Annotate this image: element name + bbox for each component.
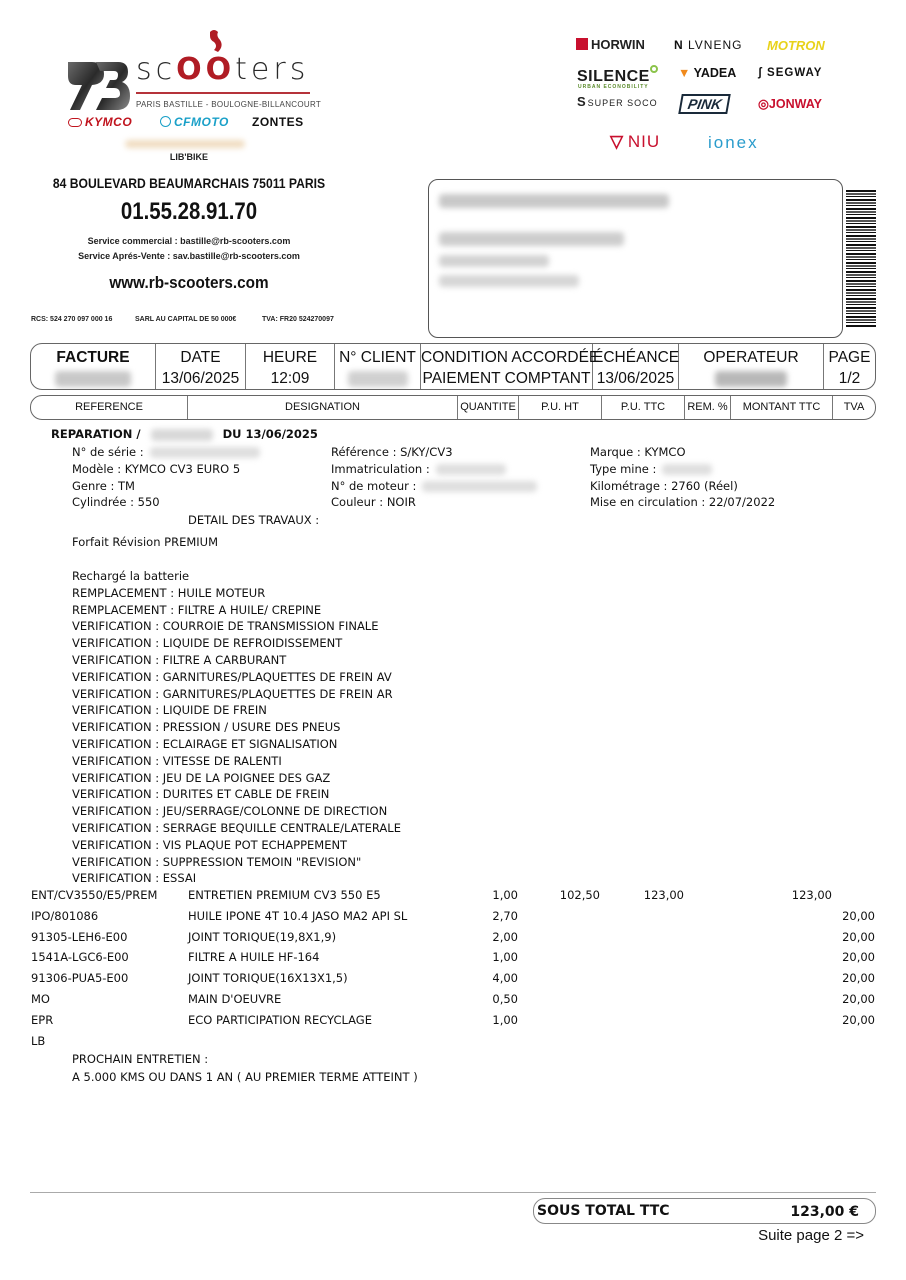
redacted-client-city — [439, 275, 579, 287]
column-unit-price-ttc: P.U. TTC — [602, 396, 685, 419]
column-quantity: QUANTITE — [458, 396, 519, 419]
reference-field: Référence : S/KY/CV3 — [331, 444, 537, 461]
client-number-value — [335, 368, 420, 389]
subtotal-label: SOUS TOTAL TTC — [537, 1203, 670, 1219]
redacted-client-name — [439, 194, 669, 208]
work-item: VERIFICATION : LIQUIDE DE REFROIDISSEMEN… — [72, 635, 401, 652]
column-discount: REM. % — [685, 396, 731, 419]
line-designation: HUILE IPONE 4T 10.4 JASO MA2 API SL — [188, 909, 407, 923]
scooter-rider-icon — [196, 28, 230, 58]
silence-dot-icon — [650, 65, 658, 73]
work-item: VERIFICATION : VITESSE DE RALENTI — [72, 753, 401, 770]
line-qty: 2,70 — [492, 909, 518, 923]
line-ref: ENT/CV3550/E5/PREM — [31, 888, 157, 902]
logo-divider — [136, 92, 310, 94]
time-cell: HEURE 12:09 — [246, 344, 335, 389]
engine-number-field: N° de moteur : — [331, 478, 537, 495]
line-item-row: MOMAIN D'OEUVRE0,5020,00 — [0, 992, 906, 1013]
page-cell: PAGE 1/2 — [824, 344, 875, 389]
displacement-field: Cylindrée : 550 — [72, 494, 260, 511]
line-qty: 1,00 — [492, 1013, 518, 1027]
line-qty: 4,00 — [492, 971, 518, 985]
line-qty: 2,00 — [492, 930, 518, 944]
line-ref: 1541A-LGC6-E00 — [31, 950, 129, 964]
vehicle-info-middle: Référence : S/KY/CV3 Immatriculation : N… — [331, 444, 537, 511]
line-tva: 20,00 — [842, 950, 875, 964]
lvneng-logo-icon: N — [674, 38, 684, 52]
niu-logo-icon: ▽ — [610, 132, 623, 151]
vat-number: TVA: FR20 524270097 — [262, 316, 334, 323]
model-field: Modèle : KYMCO CV3 EURO 5 — [72, 461, 260, 478]
brand-super-soco: SSUPER SOCO — [577, 94, 658, 109]
due-date-label: ÉCHÉANCE — [593, 347, 678, 368]
work-detail-heading: DETAIL DES TRAVAUX : — [188, 513, 319, 527]
horwin-logo-icon — [576, 38, 588, 50]
brand-kymco: KYMCO — [68, 115, 132, 129]
redacted-logo-caption — [125, 140, 245, 148]
work-item: VERIFICATION : SUPPRESSION TEMOIN "REVIS… — [72, 854, 401, 871]
redacted-client-address-line — [439, 232, 624, 246]
invoice-header: FACTURE DATE 13/06/2025 HEURE 12:09 N° C… — [30, 343, 876, 390]
service-apres-vente-email[interactable]: Service Aprés-Vente : sav.bastille@rb-sc… — [0, 251, 378, 261]
operator-cell: OPERATEUR — [679, 344, 824, 389]
client-number-cell: N° CLIENT — [335, 344, 421, 389]
line-qty: 1,00 — [492, 888, 518, 902]
cfmoto-logo-icon — [160, 116, 171, 127]
brand-segway: ʃ SEGWAY — [758, 67, 822, 79]
next-service-text: A 5.000 KMS OU DANS 1 AN ( AU PREMIER TE… — [72, 1070, 418, 1084]
genre-field: Genre : TM — [72, 478, 260, 495]
work-item: VERIFICATION : GARNITURES/PLAQUETTES DE … — [72, 669, 401, 686]
payment-condition-value: PAIEMENT COMPTANT — [421, 368, 592, 389]
brand-ionex: IONEX — [708, 133, 759, 153]
continued-on-next-page[interactable]: Suite page 2 => — [758, 1227, 864, 1244]
registration-field: Immatriculation : — [331, 461, 537, 478]
line-designation: JOINT TORIQUE(16X13X1,5) — [188, 971, 348, 985]
footer-divider — [30, 1192, 876, 1193]
page-label: PAGE — [824, 347, 875, 368]
service-commercial-email[interactable]: Service commercial : bastille@rb-scooter… — [0, 236, 378, 246]
work-item: VERIFICATION : DURITES ET CABLE DE FREIN — [72, 786, 401, 803]
due-date-value: 13/06/2025 — [593, 368, 678, 389]
rcs-number: RCS: 524 270 097 000 16 — [31, 316, 112, 323]
work-item: VERIFICATION : PRESSION / USURE DES PNEU… — [72, 719, 401, 736]
work-item: VERIFICATION : ECLAIRAGE ET SIGNALISATIO… — [72, 736, 401, 753]
yadea-logo-icon: ▼ — [678, 66, 690, 80]
line-designation: ECO PARTICIPATION RECYCLAGE — [188, 1013, 372, 1027]
column-total-ttc: MONTANT TTC — [731, 396, 833, 419]
kymco-wing-icon — [68, 118, 82, 127]
invoice-number-cell: FACTURE — [31, 344, 156, 389]
line-qty: 1,00 — [492, 950, 518, 964]
redacted-repair-number — [151, 429, 213, 441]
client-address-box — [428, 179, 843, 338]
line-item-row: 91306-PUA5-E00JOINT TORIQUE(16X13X1,5)4,… — [0, 971, 906, 992]
subtotal-box: SOUS TOTAL TTC 123,00 € — [533, 1198, 876, 1224]
brand-horwin: HORWIN — [576, 37, 645, 52]
payment-condition-label: CONDITION ACCORDÉE — [421, 347, 592, 368]
serial-number-field: N° de série : — [72, 444, 260, 461]
subtotal-value: 123,00 € — [790, 1204, 859, 1220]
line-tva: 20,00 — [842, 909, 875, 923]
work-item: VERIFICATION : COURROIE DE TRANSMISSION … — [72, 618, 401, 635]
brand-silence: SILENCE — [577, 65, 658, 86]
line-ref: MO — [31, 992, 50, 1006]
line-item-row: EPRECO PARTICIPATION RECYCLAGE1,0020,00 — [0, 1013, 906, 1034]
company-phone[interactable]: 01.55.28.91.70 — [28, 198, 349, 226]
brand-motron: MOTRON — [767, 38, 825, 53]
mileage-field: Kilométrage : 2760 (Réel) — [590, 478, 775, 495]
brand-yadea: ▼ YADEA — [678, 66, 736, 80]
sub-brand-label: LIB'BIKE — [0, 152, 378, 162]
line-tva: 20,00 — [842, 930, 875, 944]
work-item: VERIFICATION : JEU DE LA POIGNEE DES GAZ — [72, 770, 401, 787]
invoice-number-label: FACTURE — [31, 347, 155, 368]
company-address: 84 BOULEVARD BEAUMARCHAIS 75011 PARIS — [19, 176, 359, 191]
logo-word-suffix: ters — [235, 52, 309, 87]
time-value: 12:09 — [246, 368, 334, 389]
work-item: VERIFICATION : GARNITURES/PLAQUETTES DE … — [72, 686, 401, 703]
brand-lvneng: N LVNENG — [674, 38, 742, 52]
jonway-logo-icon: ◎ — [758, 97, 769, 111]
payment-condition-cell: CONDITION ACCORDÉE PAIEMENT COMPTANT — [421, 344, 593, 389]
brand-cfmoto: CFMOTO — [160, 115, 229, 129]
work-item: VERIFICATION : SERRAGE BEQUILLE CENTRALE… — [72, 820, 401, 837]
invoice-number-value — [31, 368, 155, 389]
work-item: REMPLACEMENT : HUILE MOTEUR — [72, 585, 401, 602]
due-date-cell: ÉCHÉANCE 13/06/2025 — [593, 344, 679, 389]
work-item: VERIFICATION : LIQUIDE DE FREIN — [72, 702, 401, 719]
partner-brands: HORWIN N LVNENG MOTRON SILENCE URBAN ECO… — [570, 32, 840, 164]
line-item-row: ENT/CV3550/E5/PREMENTRETIEN PREMIUM CV3 … — [0, 888, 906, 909]
line-designation: MAIN D'OEUVRE — [188, 992, 281, 1006]
vehicle-info-right: Marque : KYMCO Type mine : Kilométrage :… — [590, 444, 775, 511]
work-item: VERIFICATION : ESSAI — [72, 870, 401, 887]
date-value: 13/06/2025 — [156, 368, 245, 389]
work-item: VERIFICATION : JEU/SERRAGE/COLONNE DE DI… — [72, 803, 401, 820]
line-item-row: 91305-LEH6-E00JOINT TORIQUE(19,8X1,9)2,0… — [0, 930, 906, 951]
company-website[interactable]: www.rb-scooters.com — [19, 273, 359, 293]
column-designation: DESIGNATION — [188, 396, 458, 419]
work-item: Rechargé la batterie — [72, 568, 401, 585]
line-designation: JOINT TORIQUE(19,8X1,9) — [188, 930, 336, 944]
line-ref: 91306-PUA5-E00 — [31, 971, 128, 985]
logo-word-prefix: sc — [136, 52, 176, 87]
first-registration-field: Mise en circulation : 22/07/2022 — [590, 494, 775, 511]
line-pu-ht: 102,50 — [560, 888, 600, 902]
client-number-label: N° CLIENT — [335, 347, 420, 368]
page-value: 1/2 — [824, 368, 875, 389]
work-item: REMPLACEMENT : FILTRE A HUILE/ CREPINE — [72, 602, 401, 619]
vehicle-info-left: N° de série : Modèle : KYMCO CV3 EURO 5 … — [72, 444, 260, 511]
line-qty: 0,50 — [492, 992, 518, 1006]
line-ref: IPO/801086 — [31, 909, 98, 923]
date-cell: DATE 13/06/2025 — [156, 344, 246, 389]
line-ref: EPR — [31, 1013, 53, 1027]
silence-tagline: URBAN ECONOBILITY — [578, 84, 649, 90]
line-montant: 123,00 — [792, 888, 832, 902]
line-items: ENT/CV3550/E5/PREMENTRETIEN PREMIUM CV3 … — [0, 888, 906, 1058]
color-field: Couleur : NOIR — [331, 494, 537, 511]
brand-field: Marque : KYMCO — [590, 444, 775, 461]
line-tva: 20,00 — [842, 992, 875, 1006]
line-designation: FILTRE A HUILE HF-164 — [188, 950, 319, 964]
operator-value — [679, 368, 823, 389]
time-label: HEURE — [246, 347, 334, 368]
column-unit-price-ht: P.U. HT — [519, 396, 602, 419]
operator-label: OPERATEUR — [679, 347, 823, 368]
line-item-row: IPO/801086HUILE IPONE 4T 10.4 JASO MA2 A… — [0, 909, 906, 930]
line-pu-ttc: 123,00 — [644, 888, 684, 902]
line-items-header: REFERENCE DESIGNATION QUANTITE P.U. HT P… — [30, 395, 876, 420]
company-capital: SARL AU CAPITAL DE 50 000€ — [135, 316, 236, 323]
line-ref: 91305-LEH6-E00 — [31, 930, 127, 944]
work-item: VERIFICATION : FILTRE A CARBURANT — [72, 652, 401, 669]
rb-logo-icon — [66, 58, 132, 112]
column-vat: TVA — [833, 396, 875, 419]
redacted-client-address-line — [439, 255, 549, 267]
work-item: VERIFICATION : VIS PLAQUE POT ECHAPPEMEN… — [72, 837, 401, 854]
work-list: Rechargé la batterieREMPLACEMENT : HUILE… — [72, 568, 401, 887]
soco-logo-icon: S — [577, 94, 588, 109]
brand-niu: ▽ NIU — [610, 132, 660, 152]
type-mine-field: Type mine : — [590, 461, 775, 478]
brand-pink: PINK — [678, 94, 731, 114]
logo-subtitle: PARIS BASTILLE - BOULOGNE-BILLANCOURT — [136, 100, 321, 109]
segway-logo-icon: ʃ — [758, 67, 763, 79]
brand-zontes: ZONTES — [252, 115, 304, 129]
line-item-row: 1541A-LGC6-E00FILTRE A HUILE HF-1641,002… — [0, 950, 906, 971]
line-ref: LB — [31, 1034, 45, 1048]
line-tva: 20,00 — [842, 971, 875, 985]
column-reference: REFERENCE — [31, 396, 188, 419]
repair-title: REPARATION / DU 13/06/2025 — [51, 427, 318, 441]
barcode — [846, 190, 876, 328]
next-service-heading: PROCHAIN ENTRETIEN : — [72, 1052, 208, 1066]
date-label: DATE — [156, 347, 245, 368]
line-designation: ENTRETIEN PREMIUM CV3 550 E5 — [188, 888, 381, 902]
line-tva: 20,00 — [842, 1013, 875, 1027]
brand-jonway: ◎JONWAY — [758, 96, 822, 111]
service-package: Forfait Révision PREMIUM — [72, 535, 218, 549]
